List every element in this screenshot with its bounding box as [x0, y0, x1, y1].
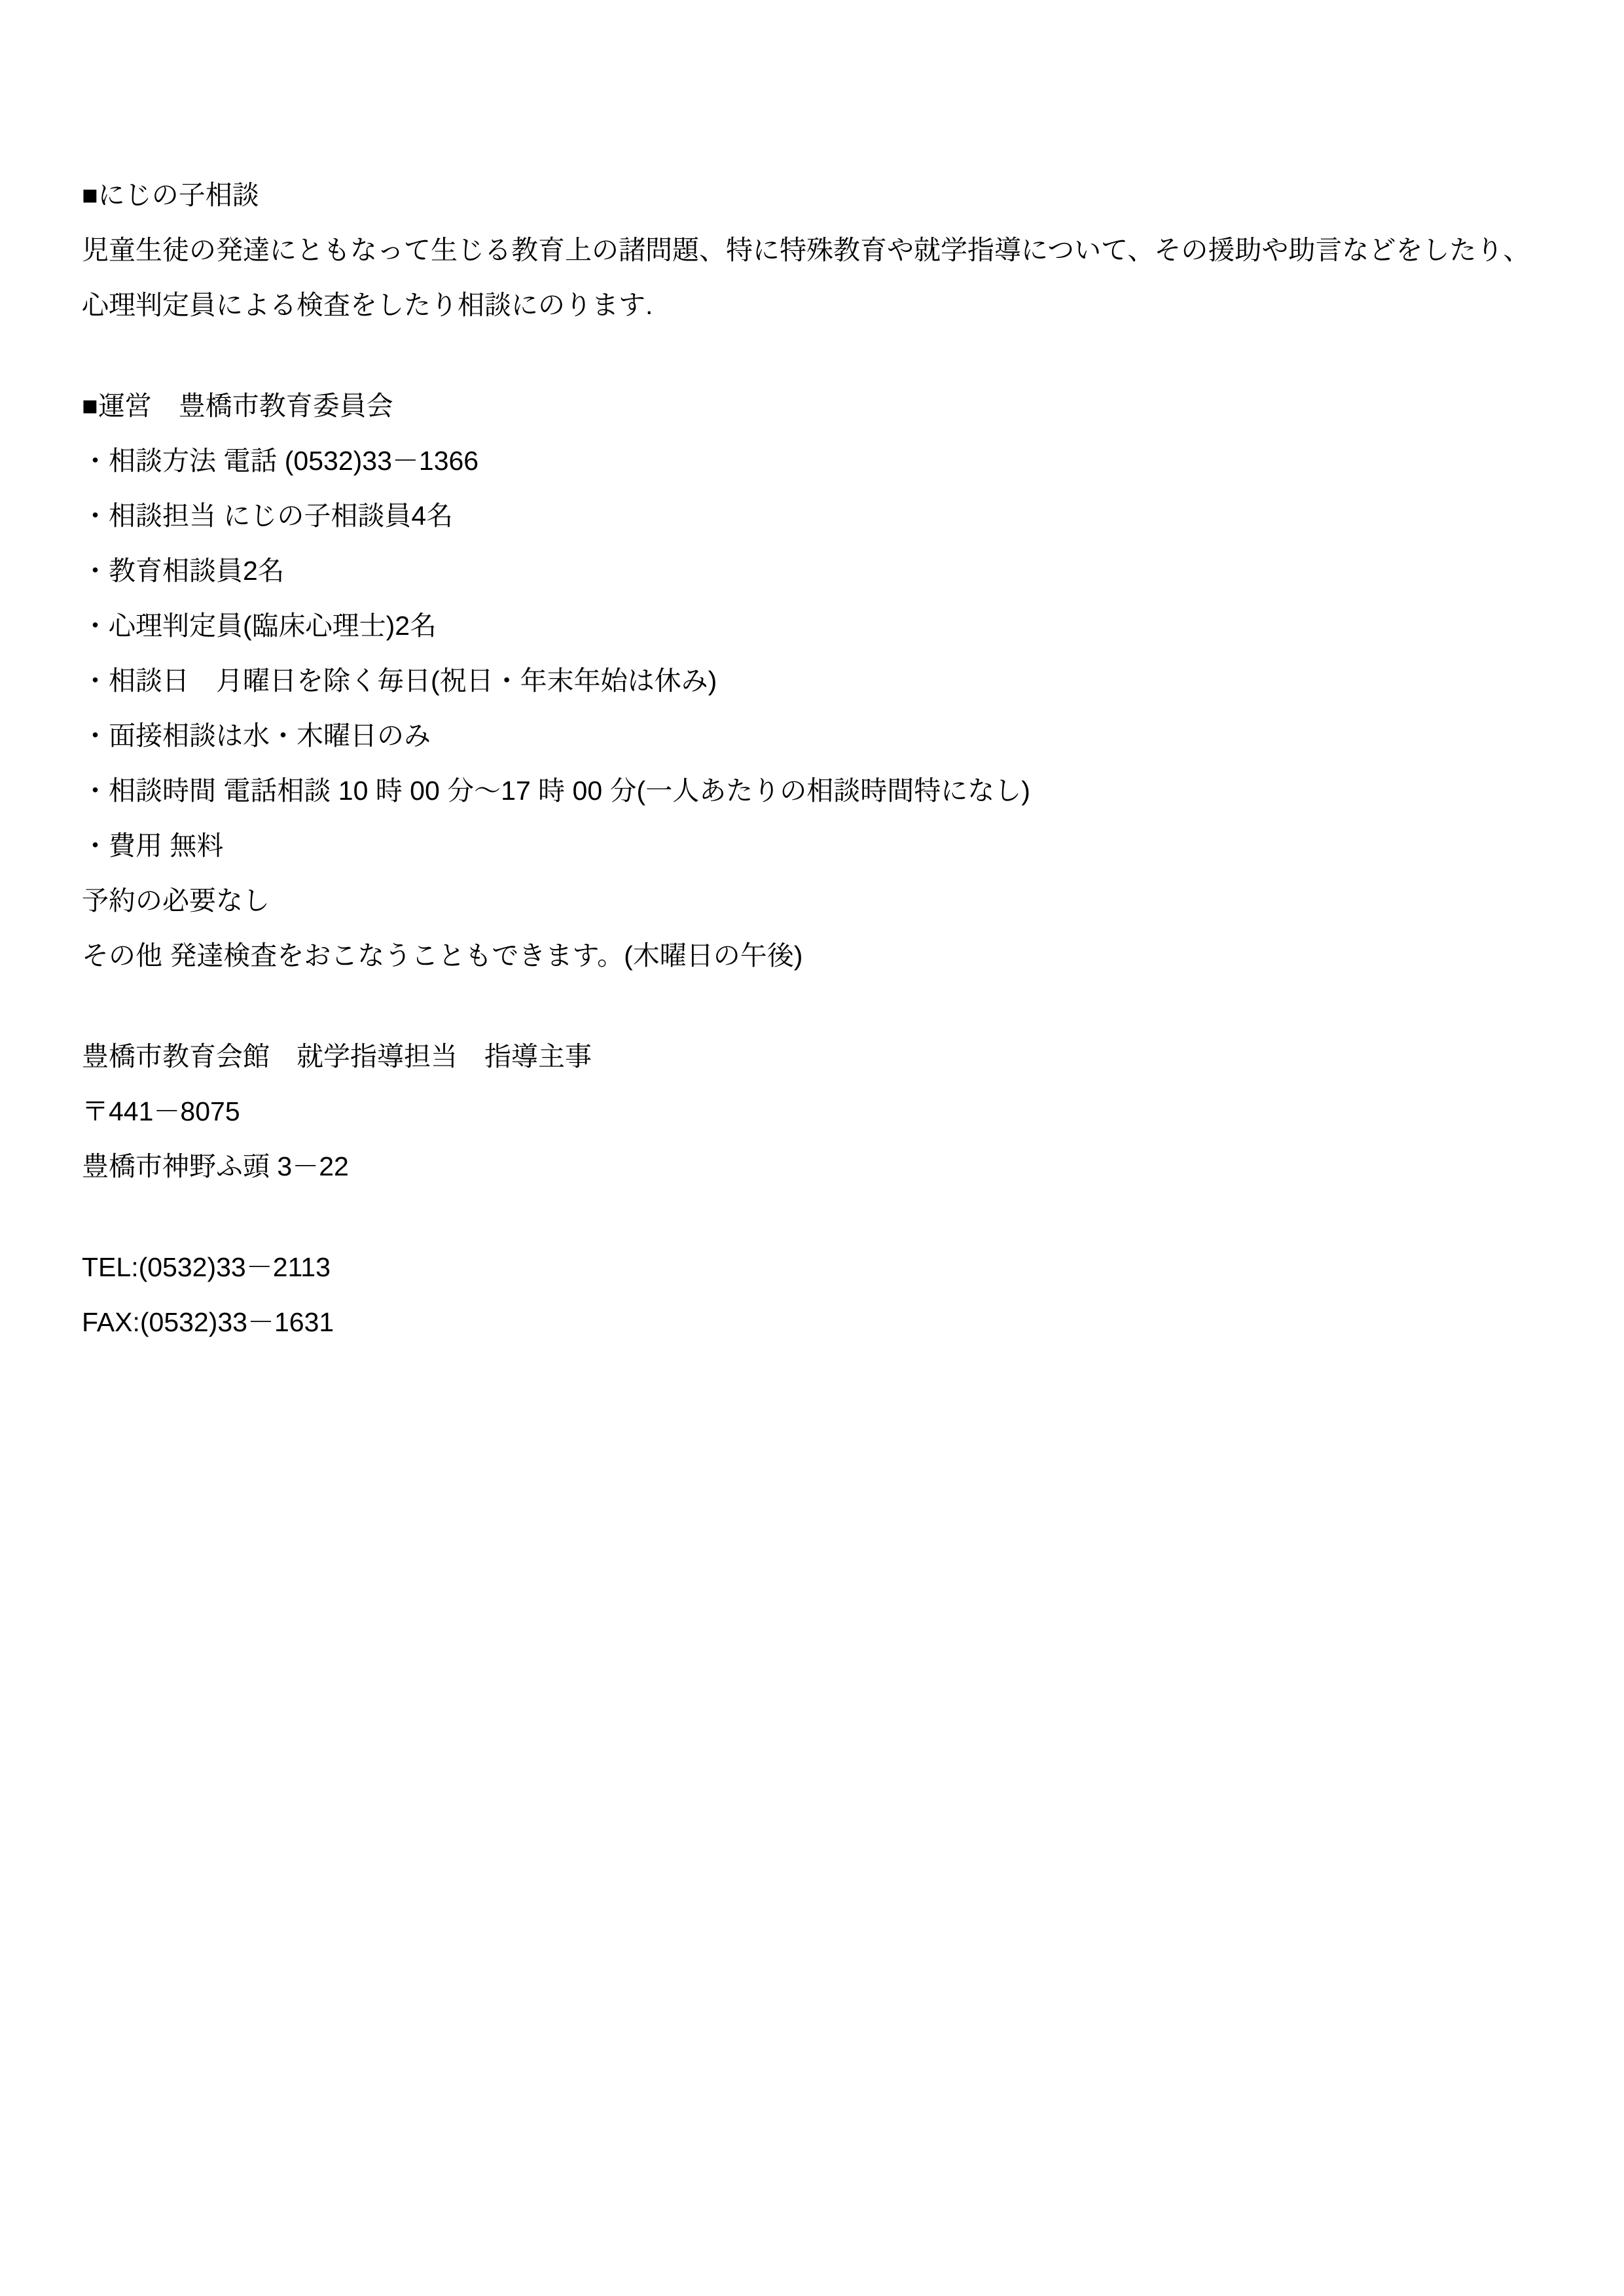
blank-line: [82, 1194, 1548, 1240]
postal-code-line: 〒441－8075: [82, 1084, 1548, 1139]
fax-line: FAX:(0532)33－1631: [82, 1295, 1548, 1350]
section-body-niji-no-ko-soudan: 児童生徒の発達にともなって生じる教育上の諸問題、特に特殊教育や就学指導について、…: [82, 223, 1548, 332]
address-line: 豊橋市神野ふ頭 3－22: [82, 1139, 1548, 1194]
office-name-line: 豊橋市教育会館 就学指導担当 指導主事: [82, 1029, 1548, 1084]
document-page: ■にじの子相談 児童生徒の発達にともなって生じる教育上の諸問題、特に特殊教育や就…: [0, 0, 1624, 2296]
section-heading-unei: ■運営 豊橋市教育委員会: [82, 378, 1548, 433]
list-item-soudan-jikan: ・相談時間 電話相談 10 時 00 分～17 時 00 分(一人あたりの相談時…: [82, 763, 1548, 818]
list-item-shinri-hanteiin: ・心理判定員(臨床心理士)2名: [82, 598, 1548, 653]
list-item-hiyou: ・費用 無料: [82, 818, 1548, 873]
list-item-kyouiku-soudanin: ・教育相談員2名: [82, 543, 1548, 598]
list-item-soudan-tantou: ・相談担当 にじの子相談員4名: [82, 488, 1548, 543]
blank-line: [82, 983, 1548, 1029]
list-item-mensetsu-soudan: ・面接相談は水・木曜日のみ: [82, 708, 1548, 763]
blank-line: [82, 332, 1548, 378]
list-item-soudan-houhou: ・相談方法 電話 (0532)33－1366: [82, 433, 1548, 488]
list-item-soudan-bi: ・相談日 月曜日を除く毎日(祝日・年末年始は休み): [82, 653, 1548, 708]
section-heading-niji-no-ko-soudan: ■にじの子相談: [82, 168, 1548, 223]
list-item-sonota: その他 発達検査をおこなうこともできます。(木曜日の午後): [82, 928, 1548, 983]
tel-line: TEL:(0532)33－2113: [82, 1240, 1548, 1295]
list-item-yoyaku: 予約の必要なし: [82, 873, 1548, 928]
